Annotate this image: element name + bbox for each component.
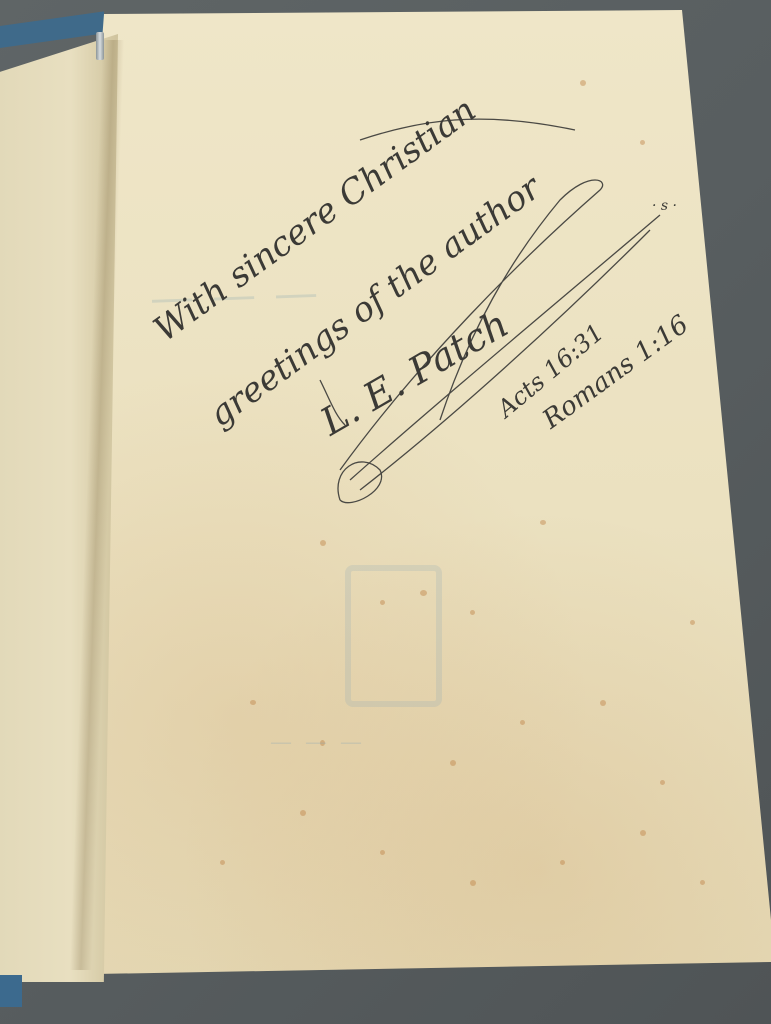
book-photo: — — — — — — With sincere Christian greet… xyxy=(0,0,771,1024)
pencil-mark: · s · xyxy=(652,198,677,214)
